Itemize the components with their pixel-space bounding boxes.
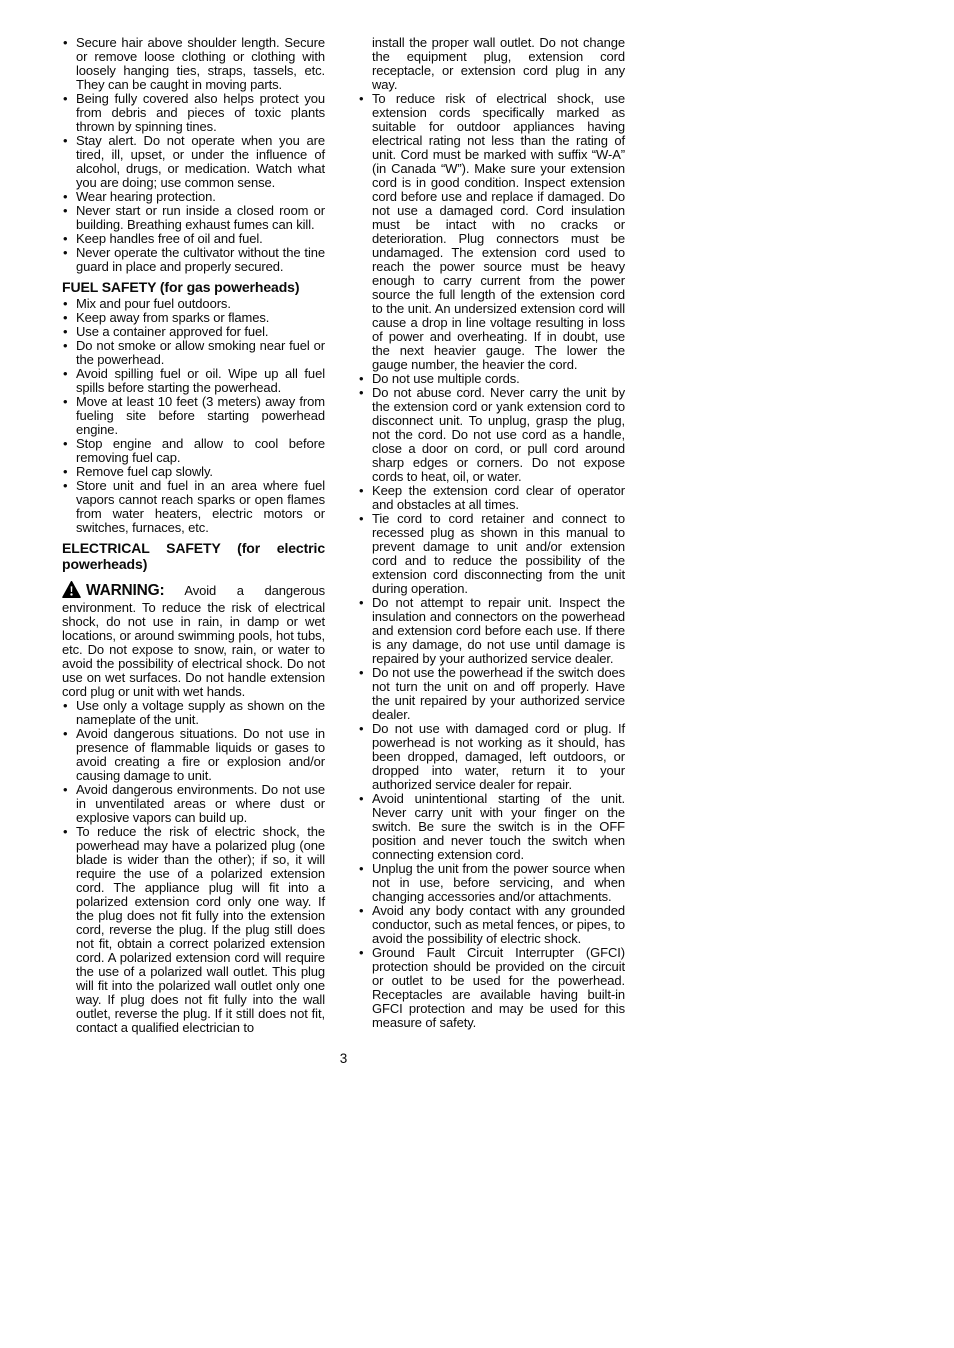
bullet-item: Avoid dangerous environments. Do not use… — [62, 783, 325, 825]
bullet-item: Keep handles free of oil and fuel. — [62, 232, 325, 246]
bullet-item: Remove fuel cap slowly. — [62, 465, 325, 479]
bullet-item: Mix and pour fuel outdoors. — [62, 297, 325, 311]
bullet-item: Keep the extension cord clear of operato… — [358, 484, 625, 512]
bullet-item: Ground Fault Circuit Interrupter (GFCI) … — [358, 946, 625, 1030]
bullet-item: Move at least 10 feet (3 meters) away fr… — [62, 395, 325, 437]
electrical-safety-list: Use only a voltage supply as shown on th… — [62, 699, 325, 1035]
bullet-item: Avoid spilling fuel or oil. Wipe up all … — [62, 367, 325, 395]
bullet-item: Do not use with damaged cord or plug. If… — [358, 722, 625, 792]
bullet-item: To reduce the risk of electric shock, th… — [62, 825, 325, 1035]
bullet-item: Secure hair above shoulder length. Secur… — [62, 36, 325, 92]
bullet-item: Keep away from sparks or flames. — [62, 311, 325, 325]
continuation-paragraph: install the proper wall outlet. Do not c… — [358, 36, 625, 92]
bullet-item: To reduce risk of electrical shock, use … — [358, 92, 625, 372]
page-content: Secure hair above shoulder length. Secur… — [62, 36, 625, 1066]
warning-paragraph: WARNING: Avoid a dangerous environment. … — [62, 581, 325, 699]
bullet-item: Avoid dangerous situations. Do not use i… — [62, 727, 325, 783]
page-number: 3 — [62, 1052, 625, 1066]
bullet-item: Stop engine and allow to cool before rem… — [62, 437, 325, 465]
bullet-item: Do not attempt to repair unit. Inspect t… — [358, 596, 625, 666]
bullet-item: Wear hearing protection. — [62, 190, 325, 204]
bullet-item: Stay alert. Do not operate when you are … — [62, 134, 325, 190]
electrical-safety-heading: ELECTRICAL SAFETY (for electric powerhea… — [62, 540, 325, 572]
two-column-layout: Secure hair above shoulder length. Secur… — [62, 36, 625, 1035]
warning-triangle-icon — [62, 581, 81, 601]
bullet-item: Use a container approved for fuel. — [62, 325, 325, 339]
bullet-item: Do not smoke or allow smoking near fuel … — [62, 339, 325, 367]
bullet-item: Avoid unintentional starting of the unit… — [358, 792, 625, 862]
bullet-item: Do not use the powerhead if the switch d… — [358, 666, 625, 722]
fuel-safety-heading: FUEL SAFETY (for gas powerheads) — [62, 279, 325, 295]
bullet-item: Do not abuse cord. Never carry the unit … — [358, 386, 625, 484]
bullet-item: Store unit and fuel in an area where fue… — [62, 479, 325, 535]
bullet-item: Do not use multiple cords. — [358, 372, 625, 386]
warning-label: WARNING: — [86, 582, 164, 599]
right-column: install the proper wall outlet. Do not c… — [358, 36, 625, 1030]
bullet-item: Being fully covered also helps protect y… — [62, 92, 325, 134]
manual-page: Secure hair above shoulder length. Secur… — [0, 0, 954, 1348]
warning-text: Avoid a dangerous environment. To reduce… — [62, 583, 325, 699]
bullet-item: Avoid any body contact with any grounded… — [358, 904, 625, 946]
bullet-item: Use only a voltage supply as shown on th… — [62, 699, 325, 727]
electrical-safety-list-continued: To reduce risk of electrical shock, use … — [358, 92, 625, 1030]
fuel-safety-list: Mix and pour fuel outdoors.Keep away fro… — [62, 297, 325, 535]
bullet-item: Never start or run inside a closed room … — [62, 204, 325, 232]
bullet-item: Tie cord to cord retainer and connect to… — [358, 512, 625, 596]
bullet-item: Unplug the unit from the power source wh… — [358, 862, 625, 904]
left-column: Secure hair above shoulder length. Secur… — [62, 36, 325, 1035]
general-safety-list: Secure hair above shoulder length. Secur… — [62, 36, 325, 274]
bullet-item: Never operate the cultivator without the… — [62, 246, 325, 274]
